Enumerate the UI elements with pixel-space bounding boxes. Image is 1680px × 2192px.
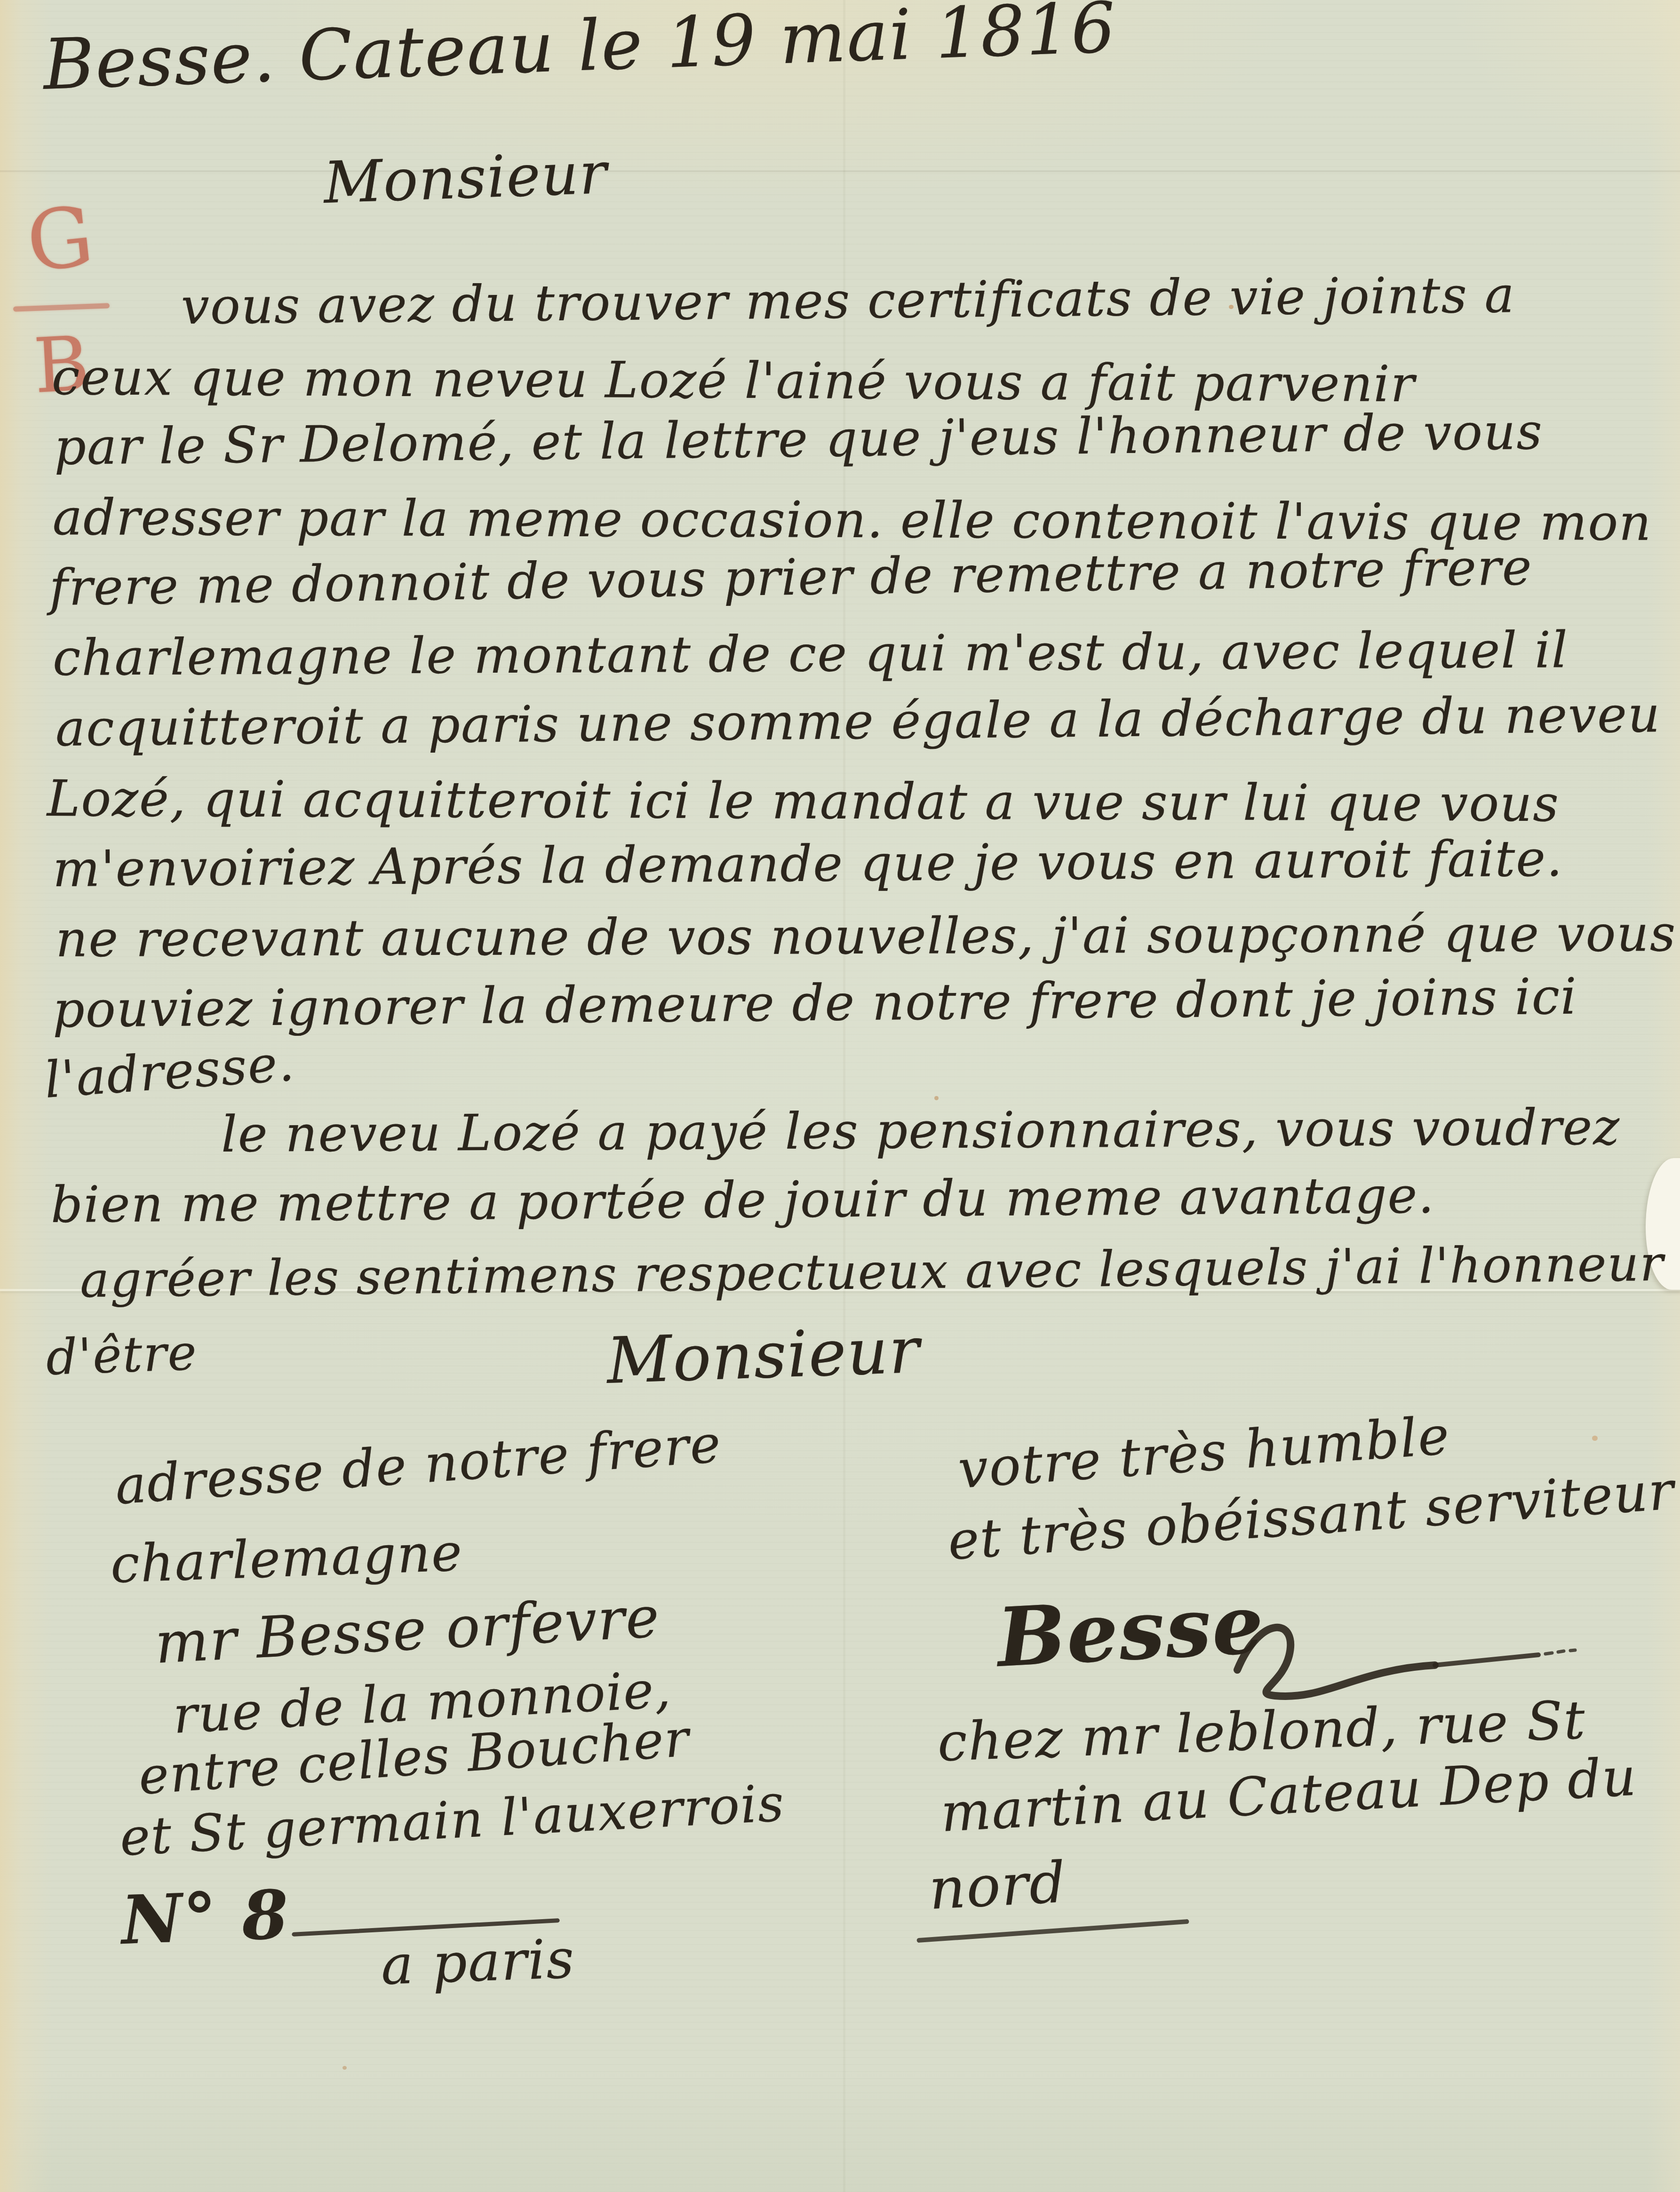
nord-underline-flourish (916, 1919, 1189, 1943)
foxing-speck (1592, 1436, 1598, 1441)
body-line: le neveu Lozé a payé les pensionnaires, … (221, 1098, 1621, 1163)
salutation: Monsieur (323, 140, 609, 216)
postscript-line: nord (927, 1850, 1068, 1922)
margin-mark-top: G (23, 189, 98, 291)
body-line: charlemagne le montant de ce qui m'est d… (53, 621, 1569, 687)
body-line: pouviez ignorer la demeure de notre frer… (52, 968, 1577, 1039)
body-line: agréer les sentimens respectueux avec le… (80, 1235, 1664, 1309)
address-number: N° 8 (120, 1876, 291, 1960)
body-line: vous avez du trouver mes certificats de … (181, 266, 1515, 335)
signature-paraph-flourish (1233, 1599, 1590, 1703)
body-line: acquitteroit a paris une somme égale a l… (55, 685, 1661, 757)
body-line: bien me mettre a portée de jouir du meme… (51, 1166, 1435, 1234)
body-line: m'envoiriez Aprés la demande que je vous… (53, 830, 1564, 898)
fold-crease-top (0, 170, 1680, 172)
body-line: par le Sr Delomé, et la lettre que j'eus… (54, 403, 1543, 476)
margin-mark-divider (13, 303, 110, 311)
dateline: Besse. Cateau le 19 mai 1816 (42, 0, 1118, 105)
body-line: l'adresse. (43, 1034, 297, 1109)
address-line: mr Besse orfevre (153, 1585, 661, 1676)
body-line: frere me donnoit de vous prier de remett… (49, 538, 1533, 617)
letter-page: G B Besse. Cateau le 19 mai 1816 Monsieu… (0, 0, 1680, 2192)
address-city: a paris (380, 1928, 576, 1997)
closing-word: d'être (45, 1324, 199, 1386)
body-line: ne recevant aucune de vos nouvelles, j'a… (56, 905, 1677, 968)
foxing-speck (342, 2066, 347, 2070)
body-line: Lozé, qui acquitteroit ici le mandat a v… (47, 770, 1560, 833)
signature: Besse (995, 1576, 1267, 1685)
closing-monsieur: Monsieur (605, 1313, 921, 1398)
foxing-speck (934, 1096, 939, 1100)
address-line: charlemagne (110, 1522, 464, 1595)
body-line: ceux que mon neveu Lozé l'ainé vous a fa… (52, 348, 1416, 413)
address-line: adresse de notre frere (113, 1414, 724, 1516)
